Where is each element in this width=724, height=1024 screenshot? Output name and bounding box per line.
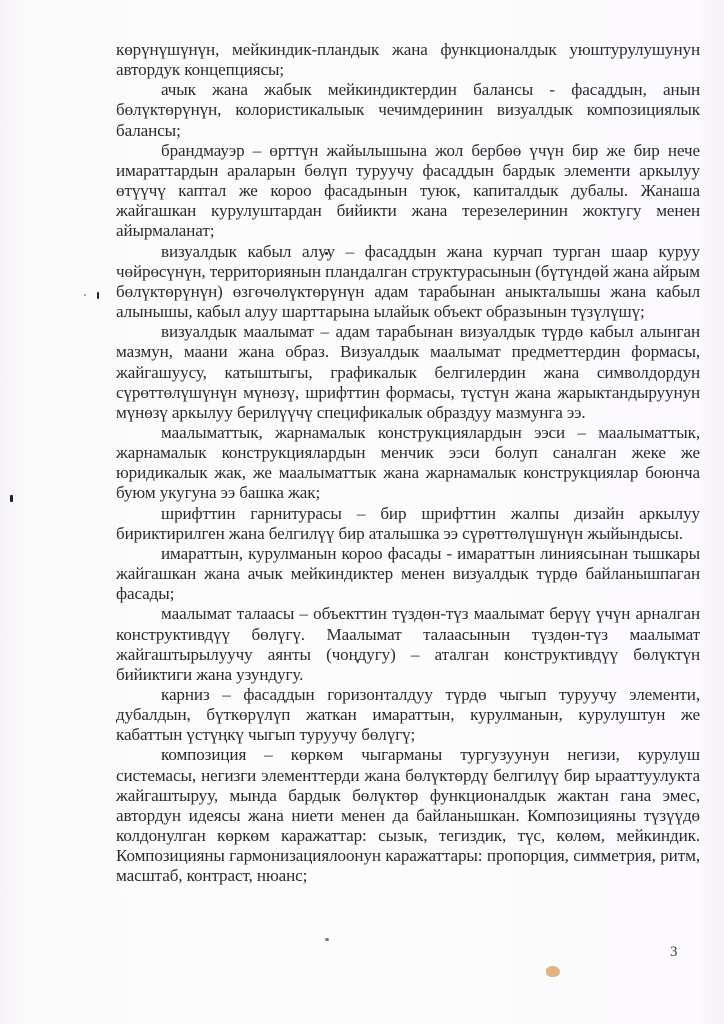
scan-speck: [10, 495, 13, 502]
paragraph-open-closed-space-balance: ачык жана жабык мейкиндиктердин балансы …: [116, 80, 700, 140]
scan-speck: [325, 938, 329, 941]
paragraph-composition: композиция – көркөм чыгарманы тургузууну…: [116, 745, 700, 886]
paragraph-information-field: маалымат талаасы – объекттин түздөн-түз …: [116, 604, 700, 685]
paragraph-firewall: брандмауэр – өрттүн жайылышына жол бербө…: [116, 141, 700, 242]
paragraph-courtyard-facade: имараттын, курулманын короо фасады - има…: [116, 544, 700, 604]
page-number: 3: [670, 944, 678, 961]
scan-speck: [84, 294, 86, 296]
scan-stain: [546, 966, 560, 977]
paragraph-visual-information: визуалдык маалымат – адам тарабынан визу…: [116, 322, 700, 423]
paragraph-cornice: карниз – фасаддын горизонталдуу түрдө чы…: [116, 685, 700, 745]
scan-speck: [325, 252, 328, 255]
paragraph-typeface: шрифттин гарнитурасы – бир шрифттин жалп…: [116, 504, 700, 544]
document-body: көрүнүшүнүн, мейкиндик-пландык жана функ…: [116, 40, 700, 887]
scanned-page: көрүнүшүнүн, мейкиндик-пландык жана функ…: [0, 0, 724, 1024]
paragraph-visual-perception: визуалдык кабыл алуу – фасаддын жана кур…: [116, 242, 700, 323]
scan-speck: [97, 292, 99, 299]
paragraph-continuation: көрүнүшүнүн, мейкиндик-пландык жана функ…: [116, 40, 700, 80]
paragraph-construction-owner: маалыматтык, жарнамалык конструкцияларды…: [116, 423, 700, 504]
